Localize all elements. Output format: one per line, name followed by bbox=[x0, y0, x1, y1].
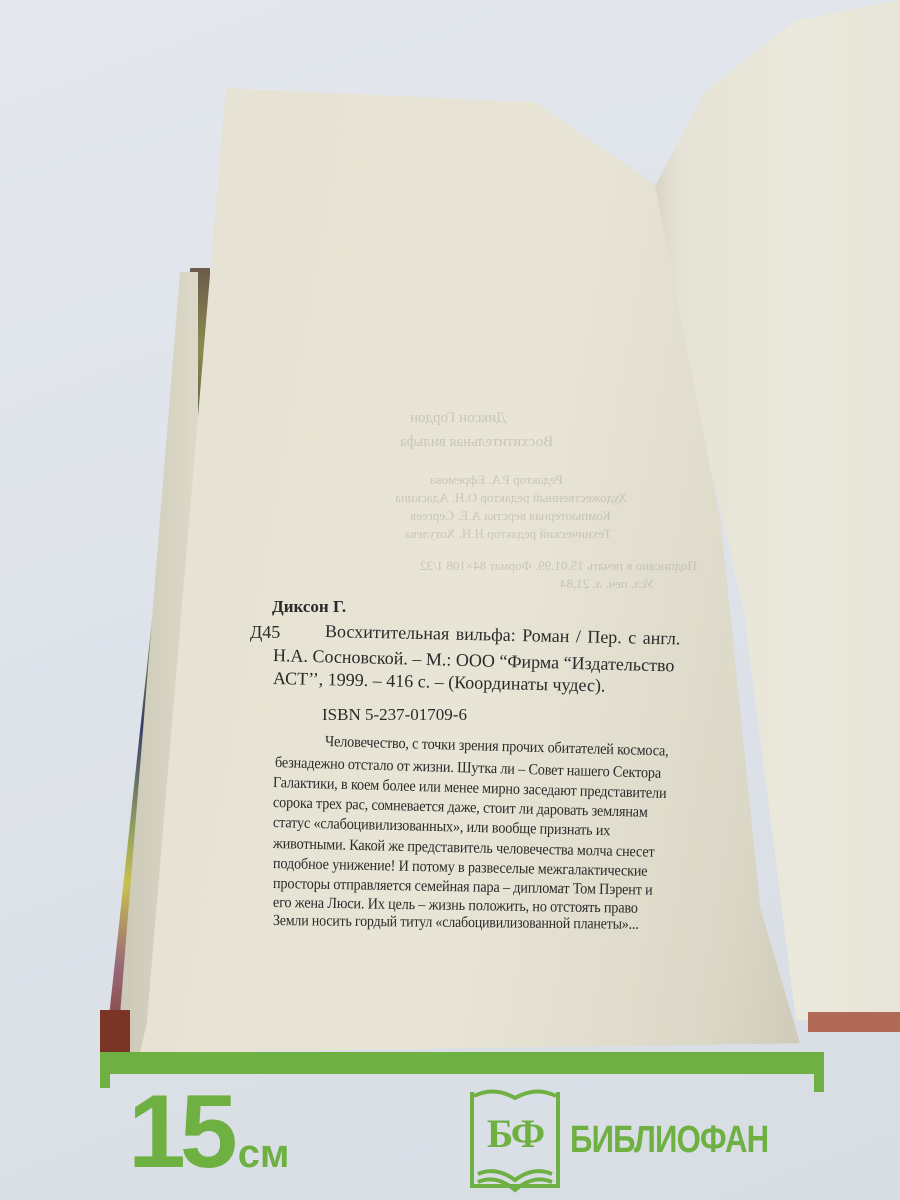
isbn: ISBN 5-237-01709-6 bbox=[322, 705, 467, 725]
citation-line: Восхитительная вильфа: Роман / Пер. с ан… bbox=[325, 621, 681, 649]
open-book-icon bbox=[470, 1086, 560, 1194]
photo-scene: Диксон Гордон Восхитительная вильфа Реда… bbox=[0, 0, 900, 1200]
brand-logo-group: БФ БИБЛИОФАН bbox=[470, 1092, 812, 1188]
brand-name: БИБЛИОФАН bbox=[570, 1119, 768, 1162]
measure-value: 15 bbox=[128, 1080, 232, 1184]
author-name: Диксон Г. bbox=[272, 597, 346, 617]
open-book-logo-icon: БФ bbox=[470, 1092, 560, 1188]
catalog-code: Д45 bbox=[250, 622, 280, 643]
ruler-measure: 15 см bbox=[128, 1080, 290, 1184]
ruler-bar bbox=[100, 1052, 824, 1074]
annotation-line: Земли носить гордый титул «слабоцивилизо… bbox=[273, 912, 639, 934]
measure-unit: см bbox=[238, 1132, 290, 1177]
catalog-card-text: Диксон Г. Д45 Восхитительная вильфа: Ром… bbox=[0, 0, 900, 1200]
ruler-tick-right bbox=[814, 1052, 824, 1092]
ruler-tick-left bbox=[100, 1052, 110, 1088]
